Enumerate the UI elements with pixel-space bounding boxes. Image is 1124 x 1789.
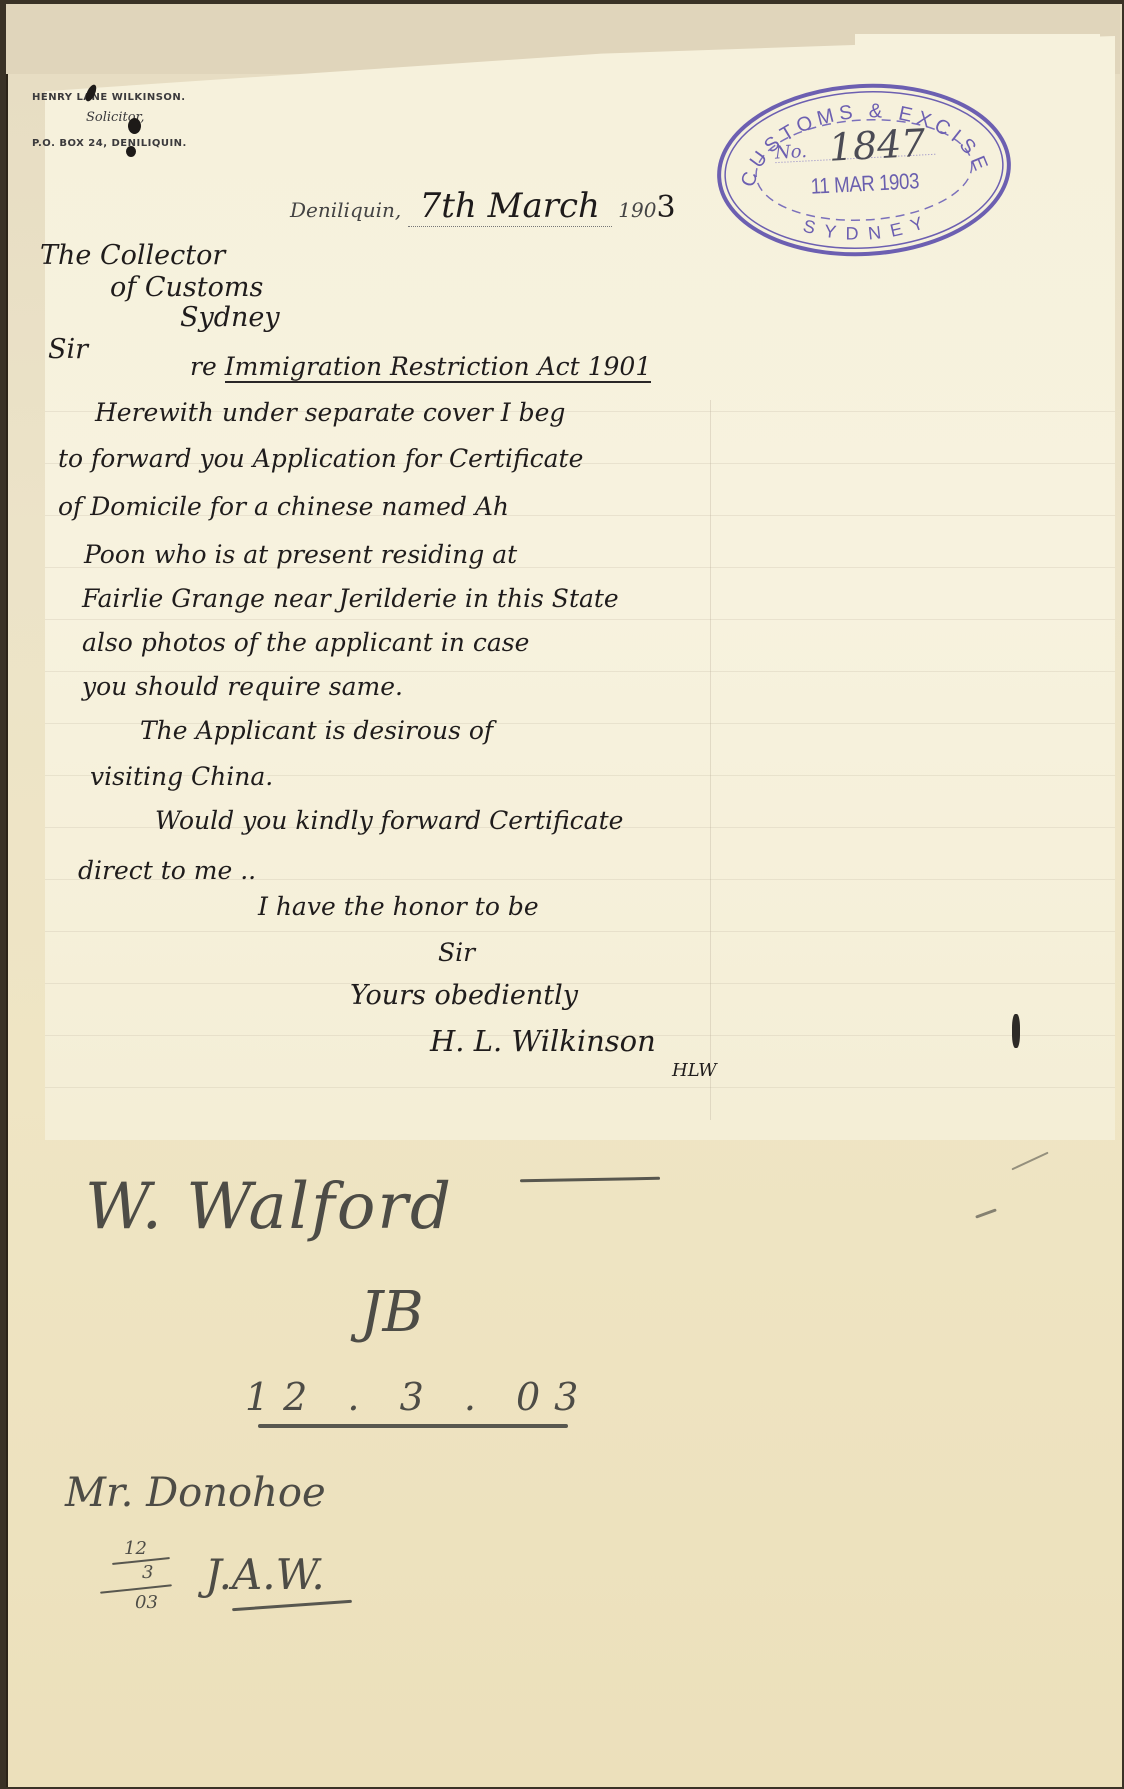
dateline-day-month: 7th March [408, 186, 612, 227]
ink-blot [128, 118, 141, 134]
letterhead-name: HENRY LANE WILKINSON. [32, 92, 186, 103]
annotation-referral-initials: J.A.W. [205, 1550, 325, 1599]
addressee-line-1: The Collector [40, 240, 225, 271]
addressee-line-2: of Customs [110, 272, 263, 303]
letter-paper-tab [855, 34, 1100, 74]
annotation-referral-day: 12 [124, 1538, 147, 1559]
annotation-referral-month: 3 [142, 1562, 153, 1583]
body-line: also photos of the applicant in case [82, 628, 529, 657]
body-line: Poon who is at present residing at [84, 540, 517, 569]
closing-line-3: Yours obediently [350, 980, 578, 1011]
addressee-line-3: Sydney [180, 302, 280, 333]
ink-blot [126, 146, 136, 157]
body-line: Herewith under separate cover I beg [95, 398, 565, 427]
body-line: you should require same. [82, 672, 403, 701]
margin-line [710, 400, 711, 1120]
annotation-referral: Mr. Donohoe [65, 1470, 326, 1516]
subject-prefix: re [190, 352, 217, 381]
body-line: direct to me .. [78, 856, 256, 885]
subject-text: Immigration Restriction Act 1901 [225, 352, 652, 383]
closing-line-1: I have the honor to be [258, 892, 539, 921]
body-line: Would you kindly forward Certificate [155, 806, 623, 835]
body-line: visiting China. [90, 762, 273, 791]
stamp-number: 1847 [828, 121, 927, 170]
letterhead-address: P.O. BOX 24, DENILIQUIN. [32, 138, 187, 149]
dateline-place: Deniliquin, [290, 198, 401, 222]
subject-line: re Immigration Restriction Act 1901 [190, 352, 651, 381]
annotation-signature: W. Walford [85, 1170, 453, 1244]
body-line: The Applicant is desirous of [140, 716, 493, 745]
body-line: of Domicile for a chinese named Ah [58, 492, 509, 521]
writer-signature: H. L. Wilkinson [430, 1024, 656, 1058]
body-line: Fairlie Grange near Jerilderie in this S… [82, 584, 619, 613]
annotation-initials: JB [360, 1280, 424, 1345]
annotation-date-underline [258, 1424, 568, 1428]
dateline: Deniliquin, 7th March 1903 [290, 186, 676, 226]
stamp-number-label: No. [774, 141, 807, 164]
salutation: Sir [48, 334, 88, 365]
writer-initials: HLW [672, 1060, 717, 1081]
dateline-year-suffix: 3 [656, 190, 675, 225]
annotation-referral-year: 03 [135, 1592, 158, 1613]
customs-stamp: CUSTOMS & EXCISE SYDNEY No. 1847 11 MAR … [709, 72, 1018, 267]
closing-line-2: Sir [438, 938, 475, 967]
body-line: to forward you Application for Certifica… [58, 444, 583, 473]
ink-spot [1012, 1014, 1020, 1048]
dateline-year-prefix: 190 [618, 198, 656, 222]
annotation-date: 12 . 3 . 03 [245, 1375, 592, 1419]
